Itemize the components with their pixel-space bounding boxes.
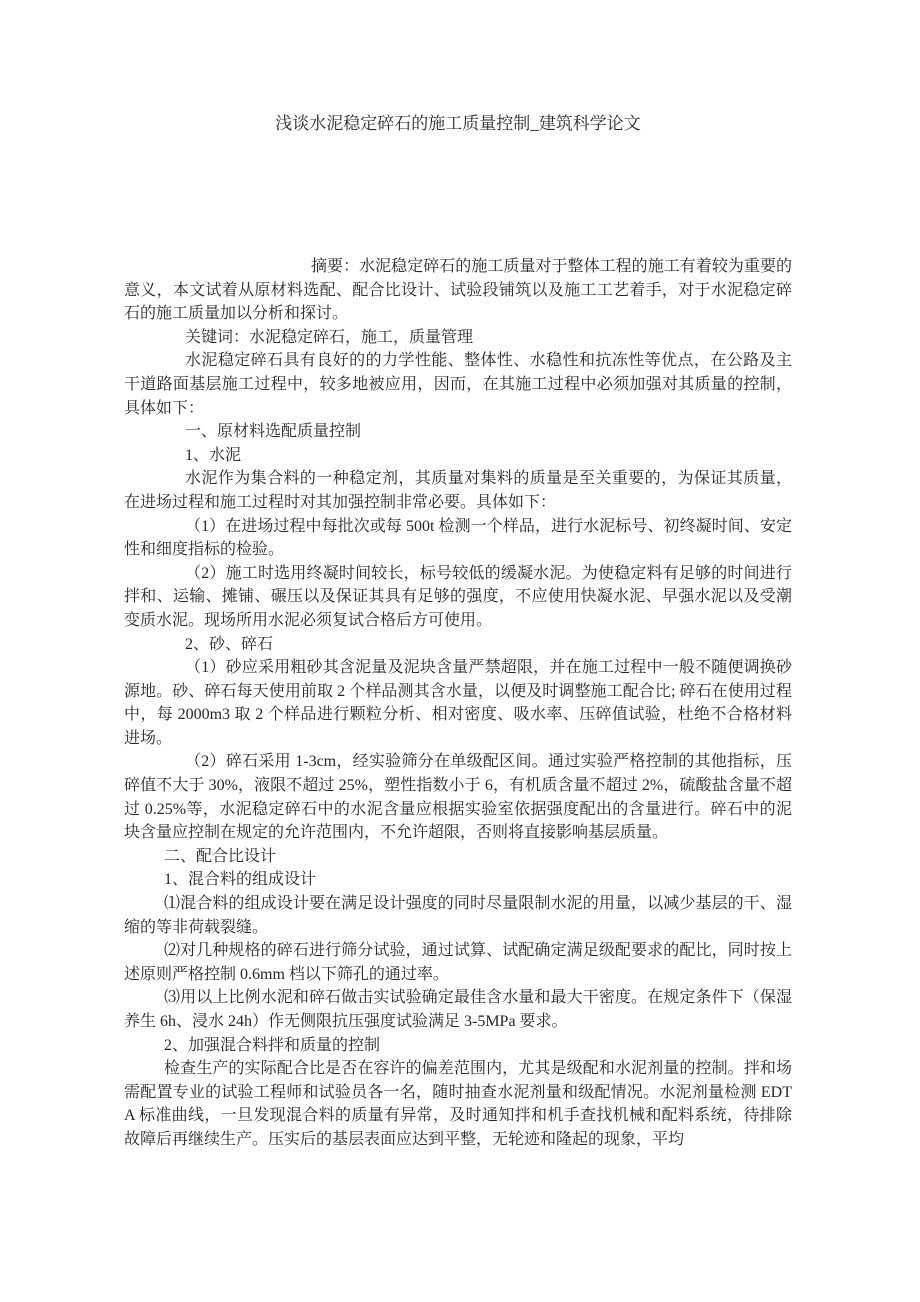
paragraph: （1）在进场过程中每批次或每 500t 检测一个样品，进行水泥标号、初终凝时间、… <box>124 515 792 562</box>
paragraph: （2）碎石采用 1-3cm，经实验筛分在单级配区间。通过实验严格控制的其他指标，… <box>124 750 792 844</box>
paragraph: 关键词：水泥稳定碎石，施工，质量管理 <box>124 326 792 350</box>
document-page: 浅谈水泥稳定碎石的施工质量控制_建筑科学论文 摘要：水泥稳定碎石的施工质量对于整… <box>0 0 920 1302</box>
paragraph: 摘要：水泥稳定碎石的施工质量对于整体工程的施工有着较为重要的意义，本文试着从原材… <box>124 255 792 326</box>
paragraph: 检查生产的实际配合比是否在容许的偏差范围内，尤其是级配和水泥剂量的控制。拌和场需… <box>124 1057 792 1151</box>
paragraph: 1、混合料的组成设计 <box>124 868 792 892</box>
document-body: 摘要：水泥稳定碎石的施工质量对于整体工程的施工有着较为重要的意义，本文试着从原材… <box>124 255 792 1152</box>
paragraph: 2、砂、碎石 <box>124 633 792 657</box>
paragraph: ⑵对几种规格的碎石进行筛分试验，通过试算、试配确定满足级配要求的配比，同时按上述… <box>124 939 792 986</box>
paragraph: （1）砂应采用粗砂其含泥量及泥块含量严禁超限，并在施工过程中一般不随便调换砂源地… <box>124 656 792 750</box>
paragraph: 一、原材料选配质量控制 <box>124 420 792 444</box>
paragraph: ⑴混合料的组成设计要在满足设计强度的同时尽量限制水泥的用量，以减少基层的干、湿缩… <box>124 892 792 939</box>
document-title: 浅谈水泥稳定碎石的施工质量控制_建筑科学论文 <box>124 112 792 136</box>
paragraph: 水泥稳定碎石具有良好的的力学性能、整体性、水稳性和抗冻性等优点，在公路及主干道路… <box>124 349 792 420</box>
paragraph: ⑶用以上比例水泥和碎石做击实试验确定最佳含水量和最大干密度。在规定条件下（保湿养… <box>124 986 792 1033</box>
paragraph: 2、加强混合料拌和质量的控制 <box>124 1034 792 1058</box>
paragraph: 水泥作为集合料的一种稳定剂，其质量对集料的质量是至关重要的，为保证其质量，在进场… <box>124 467 792 514</box>
paragraph: （2）施工时选用终凝时间较长，标号较低的缓凝水泥。为使稳定料有足够的时间进行拌和… <box>124 562 792 633</box>
paragraph: 二、配合比设计 <box>124 845 792 869</box>
paragraph: 1、水泥 <box>124 444 792 468</box>
